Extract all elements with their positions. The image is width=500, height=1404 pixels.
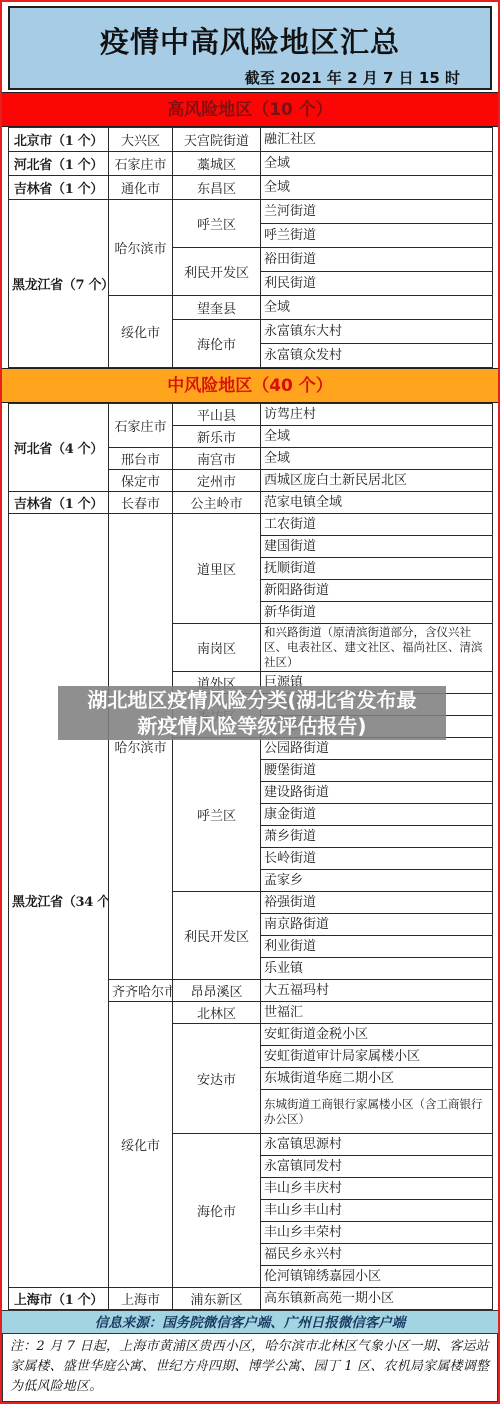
- cell-area: 安虹街道金税小区: [261, 1024, 493, 1046]
- cell-city: 大兴区: [109, 128, 173, 152]
- cell-city: 长春市: [109, 492, 173, 514]
- page-title: 疫情中高风险地区汇总: [10, 8, 490, 61]
- cell-area: 利业街道: [261, 936, 493, 958]
- cell-dist: 望奎县: [173, 296, 261, 320]
- cell-area: 呼兰街道: [261, 224, 493, 248]
- cell-city: 石家庄市: [109, 404, 173, 448]
- cell-area: 全域: [261, 448, 493, 470]
- cell-city: 邢台市: [109, 448, 173, 470]
- cell-area: 新阳路街道: [261, 580, 493, 602]
- cell-dist: 天宫院街道: [173, 128, 261, 152]
- high-risk-table: 北京市（1 个）大兴区天宫院街道融汇社区河北省（1 个）石家庄市藁城区全域吉林省…: [8, 127, 493, 368]
- cell-area: 融汇社区: [261, 128, 493, 152]
- cell-dist: 南岗区: [173, 624, 261, 672]
- cell-prov: 吉林省（1 个）: [9, 176, 109, 200]
- cell-dist: 海伦市: [173, 320, 261, 368]
- cell-area: 福民乡永兴村: [261, 1244, 493, 1266]
- cell-city: 哈尔滨市: [109, 200, 173, 296]
- cell-dist: 平山县: [173, 404, 261, 426]
- footnote: 注：2 月 7 日起，上海市黄浦区贵西小区，哈尔滨市北林区气象小区一期、客运站家…: [2, 1334, 498, 1402]
- cell-prov: 吉林省（1 个）: [9, 492, 109, 514]
- cell-area: 安虹街道审计局家属楼小区: [261, 1046, 493, 1068]
- cell-city: 哈尔滨市: [109, 514, 173, 980]
- cell-area: 西城区庞白土新民居北区: [261, 470, 493, 492]
- cell-area: 全域: [261, 152, 493, 176]
- cell-dist: 藁城区: [173, 152, 261, 176]
- table-row: 吉林省（1 个）长春市公主岭市范家电镇全域: [9, 492, 493, 514]
- cell-dist: 呼兰区: [173, 200, 261, 248]
- table-row: 河北省（4 个）石家庄市平山县访驾庄村: [9, 404, 493, 426]
- table-row: 吉林省（1 个）通化市东昌区全域: [9, 176, 493, 200]
- cell-area: 东城街道工商银行家属楼小区（含工商银行办公区）: [261, 1090, 493, 1134]
- cell-area: 公园路街道: [261, 738, 493, 760]
- watermark-line-2: 新疫情风险等级评估报告): [58, 713, 446, 739]
- cell-area: 裕强街道: [261, 892, 493, 914]
- cell-prov: 上海市（1 个）: [9, 1288, 109, 1310]
- cell-area: 兰河街道: [261, 200, 493, 224]
- cell-area: 建国街道: [261, 536, 493, 558]
- cell-area: 范家电镇全域: [261, 492, 493, 514]
- cell-city: 绥化市: [109, 1002, 173, 1288]
- cell-dist: 海伦市: [173, 1134, 261, 1288]
- cell-area: 伦河镇锦绣嘉园小区: [261, 1266, 493, 1288]
- medium-risk-band: 中风险地区（40 个）: [2, 368, 498, 403]
- cell-area: 永富镇同发村: [261, 1156, 493, 1178]
- cell-area: 丰山乡丰山村: [261, 1200, 493, 1222]
- cell-area: 康金街道: [261, 804, 493, 826]
- cell-area: 丰山乡丰荣村: [261, 1222, 493, 1244]
- medium-risk-table: 河北省（4 个）石家庄市平山县访驾庄村新乐市全域邢台市南宫市全域保定市定州市西城…: [8, 403, 493, 1310]
- cell-area: 工农街道: [261, 514, 493, 536]
- high-risk-band: 高风险地区（10 个）: [2, 92, 498, 127]
- cell-city: 通化市: [109, 176, 173, 200]
- cell-dist: 安达市: [173, 1024, 261, 1134]
- cell-area: 建设路街道: [261, 782, 493, 804]
- cell-city: 绥化市: [109, 296, 173, 368]
- cell-area: 永富镇众发村: [261, 344, 493, 368]
- cell-city: 保定市: [109, 470, 173, 492]
- cell-area: 世福汇: [261, 1002, 493, 1024]
- table-row: 河北省（1 个）石家庄市藁城区全域: [9, 152, 493, 176]
- cell-area: 裕田街道: [261, 248, 493, 272]
- watermark-overlay: 湖北地区疫情风险分类(湖北省发布最 新疫情风险等级评估报告): [58, 686, 446, 740]
- infographic-page: 疫情中高风险地区汇总 截至 2021 年 2 月 7 日 15 时 高风险地区（…: [0, 0, 500, 1404]
- cell-prov: 北京市（1 个）: [9, 128, 109, 152]
- cell-area: 南京路街道: [261, 914, 493, 936]
- cell-area: 乐业镇: [261, 958, 493, 980]
- cell-area: 全域: [261, 296, 493, 320]
- cell-area: 抚顺街道: [261, 558, 493, 580]
- watermark-line-1: 湖北地区疫情风险分类(湖北省发布最: [58, 687, 446, 713]
- title-header: 疫情中高风险地区汇总 截至 2021 年 2 月 7 日 15 时: [8, 6, 492, 90]
- cell-area: 孟家乡: [261, 870, 493, 892]
- cell-area: 全域: [261, 426, 493, 448]
- cell-dist: 南宫市: [173, 448, 261, 470]
- cell-city: 石家庄市: [109, 152, 173, 176]
- cell-dist: 北林区: [173, 1002, 261, 1024]
- cell-prov: 黑龙江省（34 个）: [9, 514, 109, 1288]
- as-of-date: 截至 2021 年 2 月 7 日 15 时: [10, 67, 490, 88]
- cell-prov: 黑龙江省（7 个）: [9, 200, 109, 368]
- cell-dist: 呼兰区: [173, 738, 261, 892]
- cell-area: 东城街道华庭二期小区: [261, 1068, 493, 1090]
- cell-area: 高东镇新高苑一期小区: [261, 1288, 493, 1310]
- source-bar: 信息来源：国务院微信客户端、广州日报微信客户端: [2, 1310, 498, 1334]
- cell-dist: 浦东新区: [173, 1288, 261, 1310]
- cell-area: 长岭街道: [261, 848, 493, 870]
- cell-prov: 河北省（1 个）: [9, 152, 109, 176]
- cell-area: 腰堡街道: [261, 760, 493, 782]
- cell-dist: 昂昂溪区: [173, 980, 261, 1002]
- cell-city: 上海市: [109, 1288, 173, 1310]
- cell-area: 利民街道: [261, 272, 493, 296]
- cell-area: 新华街道: [261, 602, 493, 624]
- cell-area: 萧乡街道: [261, 826, 493, 848]
- cell-area: 永富镇思源村: [261, 1134, 493, 1156]
- cell-area: 访驾庄村: [261, 404, 493, 426]
- cell-area: 大五福玛村: [261, 980, 493, 1002]
- cell-dist: 定州市: [173, 470, 261, 492]
- table-row: 上海市（1 个）上海市浦东新区高东镇新高苑一期小区: [9, 1288, 493, 1310]
- table-row: 黑龙江省（34 个）哈尔滨市道里区工农街道: [9, 514, 493, 536]
- cell-dist: 利民开发区: [173, 892, 261, 980]
- cell-dist: 道里区: [173, 514, 261, 624]
- cell-area: 永富镇东大村: [261, 320, 493, 344]
- cell-area: 和兴路街道（原清滨街道部分，含仪兴社区、电表社区、建文社区、福尚社区、清滨社区）: [261, 624, 493, 672]
- table-row: 黑龙江省（7 个）哈尔滨市呼兰区兰河街道: [9, 200, 493, 224]
- table-row: 北京市（1 个）大兴区天宫院街道融汇社区: [9, 128, 493, 152]
- cell-dist: 公主岭市: [173, 492, 261, 514]
- cell-area: 丰山乡丰庆村: [261, 1178, 493, 1200]
- cell-city: 齐齐哈尔市: [109, 980, 173, 1002]
- cell-prov: 河北省（4 个）: [9, 404, 109, 492]
- cell-dist: 利民开发区: [173, 248, 261, 296]
- cell-dist: 新乐市: [173, 426, 261, 448]
- cell-dist: 东昌区: [173, 176, 261, 200]
- cell-area: 全域: [261, 176, 493, 200]
